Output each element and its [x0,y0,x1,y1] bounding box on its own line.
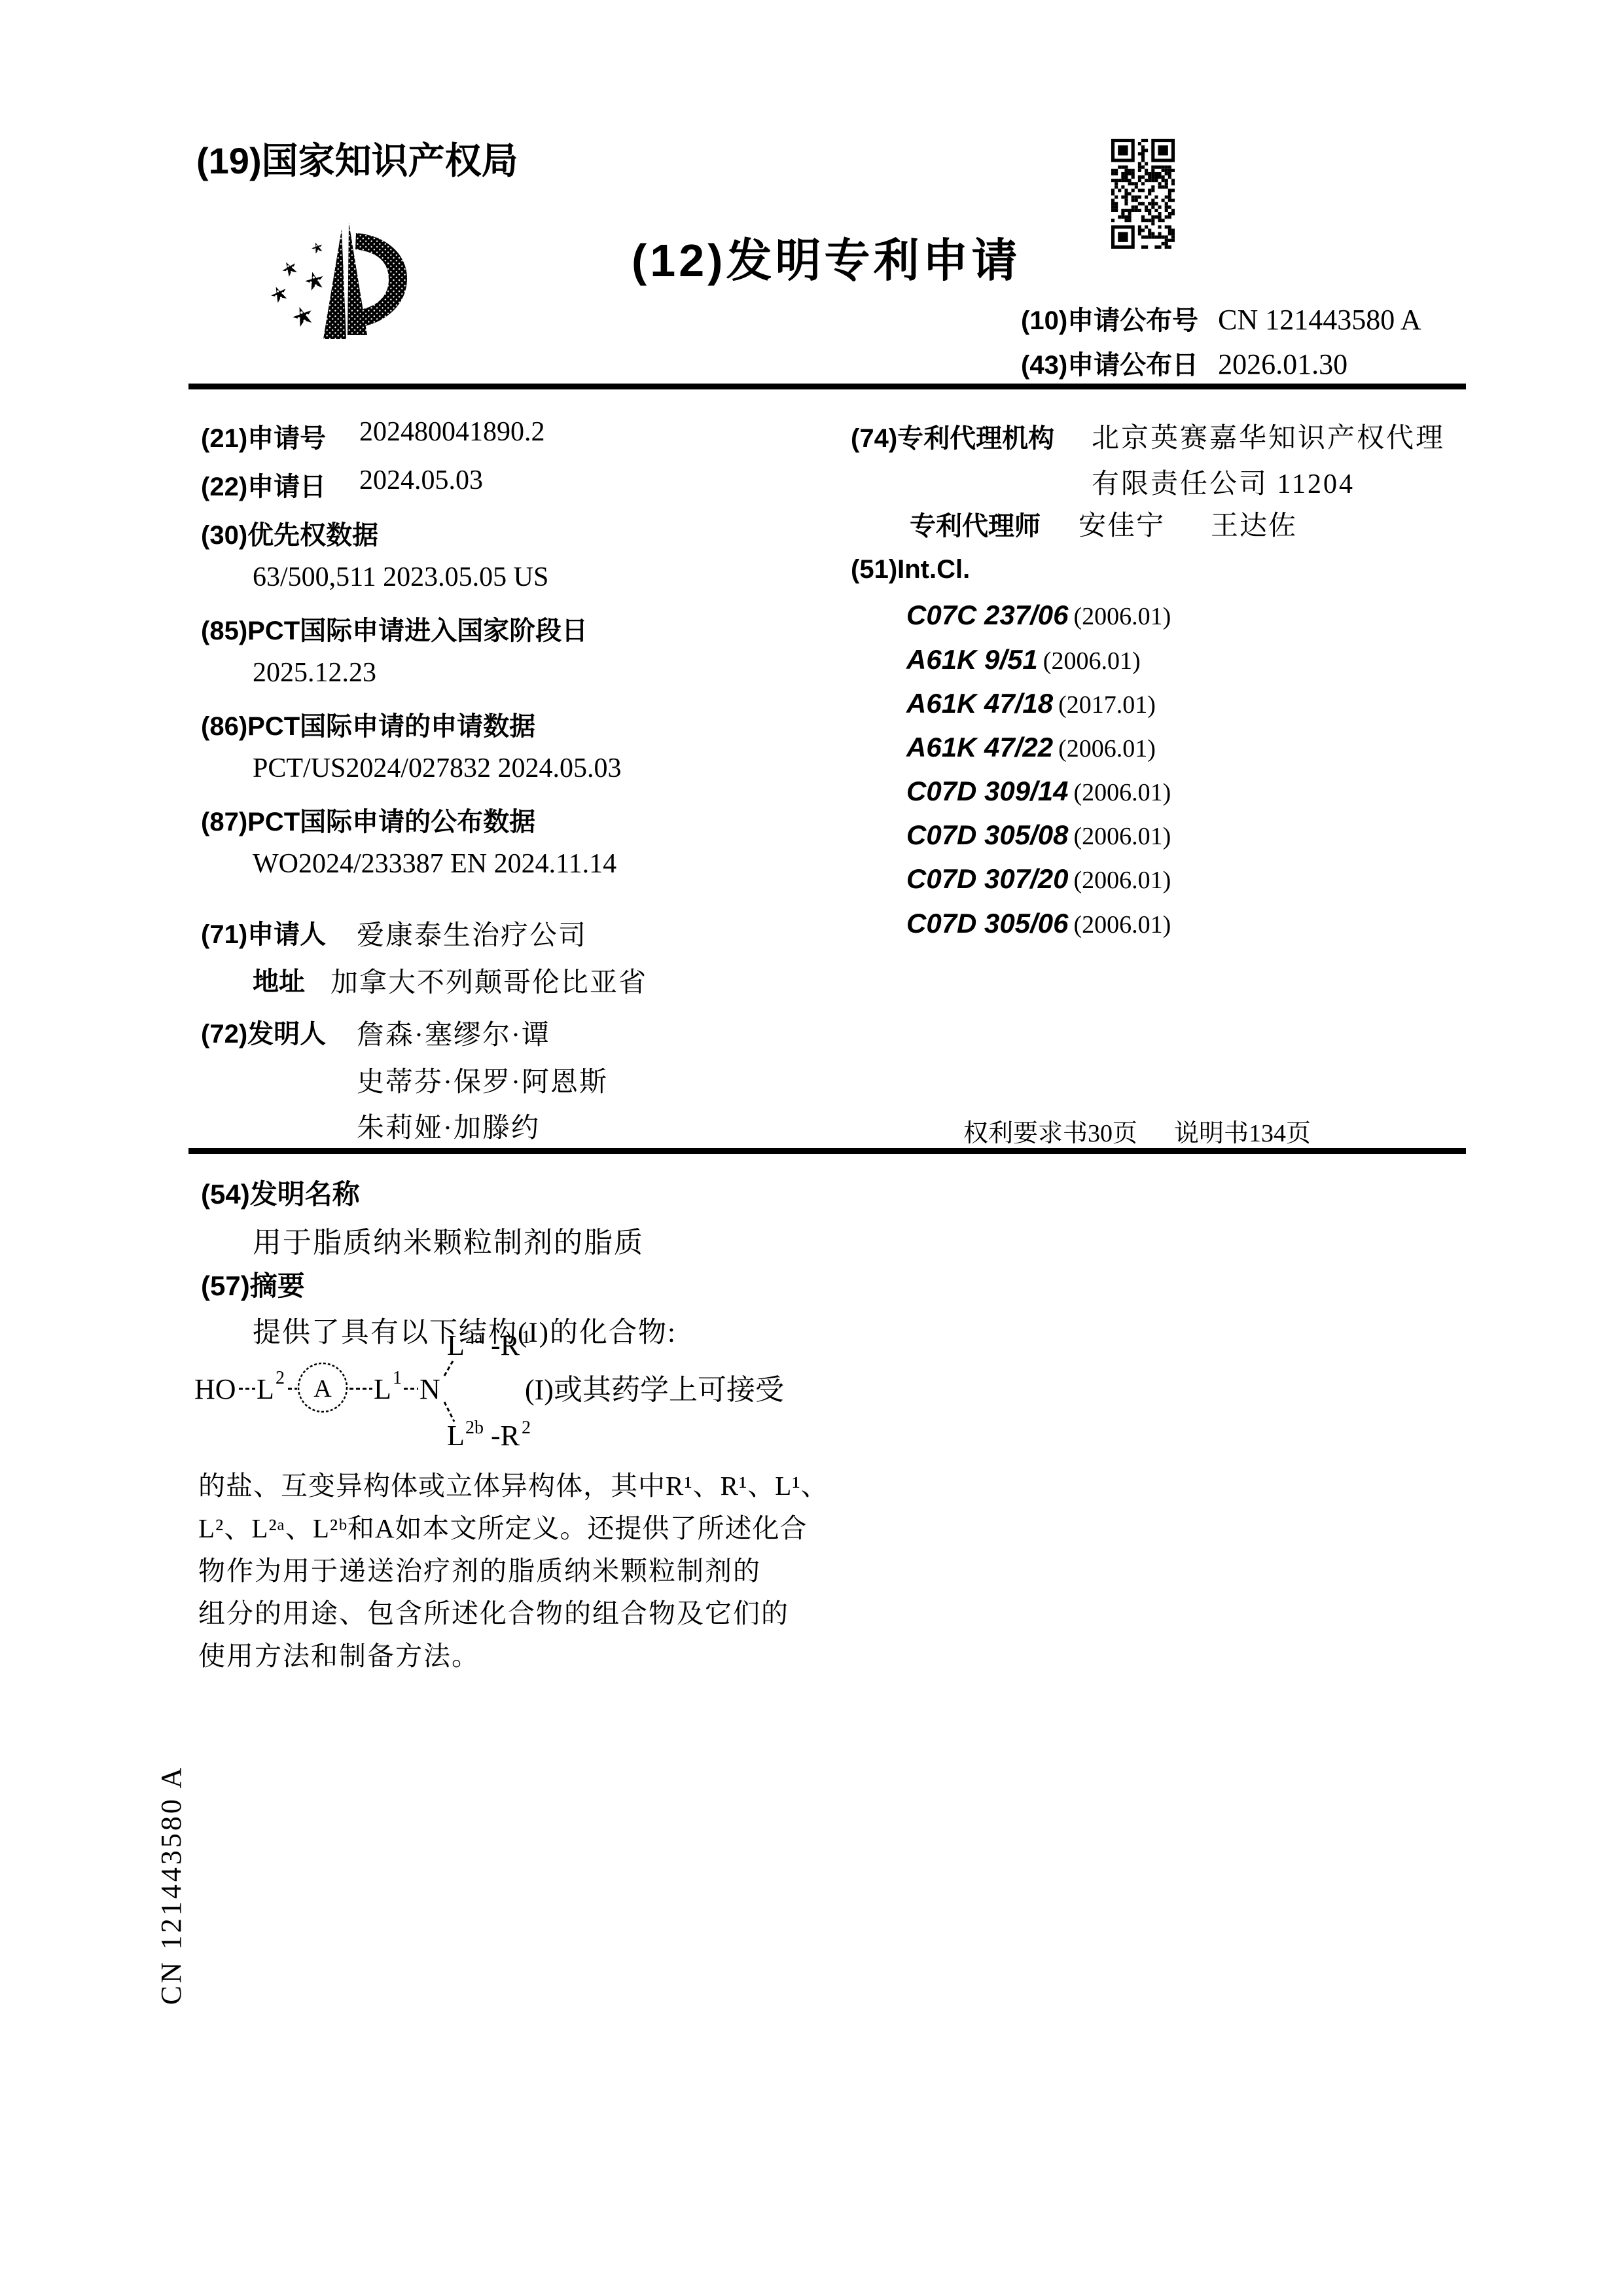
intcl-version: (2006.01) [1074,603,1171,630]
pub-date-value: 2026.01.30 [1218,348,1347,380]
inventor-name: 朱莉娅·加滕约 [357,1106,540,1145]
abstract-line: 的盐、互变异构体或立体异构体，其中R¹、R¹、L¹、 [198,1464,829,1503]
branch-bottom-l-sup: 2b [465,1418,484,1438]
pct-app-value: PCT/US2024/027832 2024.05.03 [253,753,622,784]
agency-name-line1: 北京英赛嘉华知识产权代理 [1092,416,1445,456]
pub-date-label: (43)申请公布日 [1021,351,1198,380]
pct-entry-label: (85)PCT国际申请进入国家阶段日 [201,610,588,647]
side-publication-number: CN 121443580 A [154,1744,186,2026]
intcl-code: C07D 305/06 [906,908,1069,939]
intcl-label: (51)Int.Cl. [851,555,970,584]
cnipa-logo-icon [216,188,432,375]
branch-top-r-sup: 1 [522,1329,531,1348]
intcl-code: A61K 47/18 [906,688,1053,719]
app-date-label: (22)申请日 [201,466,326,503]
intcl-entry: C07D 307/20(2006.01) [906,863,1171,895]
linker-l2-sup: 2 [276,1368,285,1388]
intcl-code: C07D 307/20 [906,863,1069,894]
pct-pub-value: WO2024/233387 EN 2024.11.14 [253,848,616,880]
atom-n: N [419,1373,440,1405]
agent-name: 王达佐 [1211,511,1297,541]
intcl-entry: A61K 9/51(2006.01) [906,644,1141,675]
address-label: 地址 [253,961,305,998]
invention-title-label: (54)发明名称 [201,1173,360,1212]
patent-front-page: (19)国家知识产权局 (12)发明专利申请 (10)申请公布号 CN 1214… [0,0,1623,2296]
intcl-entry: C07D 309/14(2006.01) [906,776,1171,807]
pub-date-row: (43)申请公布日 2026.01.30 [1021,344,1347,382]
ring-a-label: A [313,1375,332,1403]
app-number-value: 202480041890.2 [359,416,545,448]
intcl-version: (2006.01) [1043,647,1141,675]
pages-note: 权利要求书30页 说明书134页 [963,1113,1311,1149]
abstract-label: (57)摘要 [201,1265,305,1304]
intcl-version: (2006.01) [1074,911,1171,939]
intcl-entry: C07D 305/06(2006.01) [906,908,1171,939]
branch-top-l: L [447,1329,465,1361]
intcl-code: A61K 9/51 [906,644,1038,675]
applicant-value: 爱康泰生治疗公司 [357,914,587,953]
agent-names: 安佳宁 王达佐 [1079,504,1297,543]
chemical-structure-formula: HO L 2 A L 1 N L 2a -R 1 L 2b -R 2 (I)或其… [183,1329,838,1460]
intcl-version: (2006.01) [1074,867,1171,894]
logo-stars [268,241,326,329]
intcl-entry: C07D 305/08(2006.01) [906,819,1171,851]
qr-code-icon [1111,139,1175,249]
pct-pub-label: (87)PCT国际申请的公布数据 [201,801,535,838]
formula-note: (I)或其药学上可接受 [525,1374,784,1406]
linker-l1-sup: 1 [393,1368,402,1388]
invention-title: 用于脂质纳米颗粒制剂的脂质 [253,1219,644,1261]
spec-pages: 说明书134页 [1174,1120,1311,1147]
agent-label: 专利代理师 [910,505,1041,543]
inventor-name: 史蒂芬·保罗·阿恩斯 [357,1060,608,1100]
header-divider [188,384,1466,389]
address-value: 加拿大不列颠哥伦比亚省 [330,961,647,1000]
intcl-code: C07D 305/08 [906,819,1069,850]
branch-top-l-sup: 2a [465,1329,483,1348]
abstract-line: 组分的用途、包含所述化合物的组合物及它们的 [198,1592,789,1630]
intcl-code: A61K 47/22 [906,732,1053,762]
abstract-line: 物作为用于递送治疗剂的脂质纳米颗粒制剂的 [198,1549,761,1588]
pub-number-label: (10)申请公布号 [1021,306,1198,335]
inventors-label: (72)发明人 [201,1013,326,1050]
pct-entry-value: 2025.12.23 [253,657,376,689]
pub-number-value: CN 121443580 A [1218,304,1421,336]
branch-bottom-r-sup: 2 [522,1418,531,1438]
inventor-name: 詹森·塞缪尔·谭 [357,1013,550,1052]
pub-number-row: (10)申请公布号 CN 121443580 A [1021,300,1421,337]
app-number-label: (21)申请号 [201,418,326,455]
office-name: (19)国家知识产权局 [196,132,518,185]
agency-label: (74)专利代理机构 [851,418,1054,455]
intcl-version: (2006.01) [1058,735,1156,762]
branch-bottom-l: L [447,1420,465,1452]
branch-top-r: -R [491,1329,520,1361]
intcl-entry: A61K 47/18(2017.01) [906,688,1156,719]
priority-label: (30)优先权数据 [201,514,378,552]
agency-name-line2: 有限责任公司 11204 [1092,462,1355,501]
intcl-code: C07C 237/06 [906,600,1069,630]
priority-value: 63/500,511 2023.05.05 US [253,562,548,593]
agent-name: 安佳宁 [1079,511,1165,541]
atom-ho: HO [194,1373,236,1405]
linker-l2: L [257,1373,274,1405]
intcl-version: (2006.01) [1074,779,1171,806]
body-divider [188,1148,1466,1154]
intcl-entry: A61K 47/22(2006.01) [906,732,1156,763]
linker-l1: L [374,1373,391,1405]
abstract-line: 使用方法和制备方法。 [198,1634,480,1673]
pct-app-label: (86)PCT国际申请的申请数据 [201,706,535,743]
app-date-value: 2024.05.03 [359,465,483,496]
claims-pages: 权利要求书30页 [963,1120,1137,1147]
intcl-entry: C07C 237/06(2006.01) [906,600,1171,631]
abstract-line: L²、L²ᵃ、L²ᵇ和A如本文所定义。还提供了所述化合 [198,1507,808,1545]
branch-bottom-r: -R [491,1420,520,1452]
intcl-code: C07D 309/14 [906,776,1069,806]
applicant-label: (71)申请人 [201,914,326,951]
intcl-version: (2017.01) [1058,691,1156,719]
logo-spires [323,223,407,339]
intcl-version: (2006.01) [1074,823,1171,850]
doc-type-title: (12)发明专利申请 [632,224,1020,290]
